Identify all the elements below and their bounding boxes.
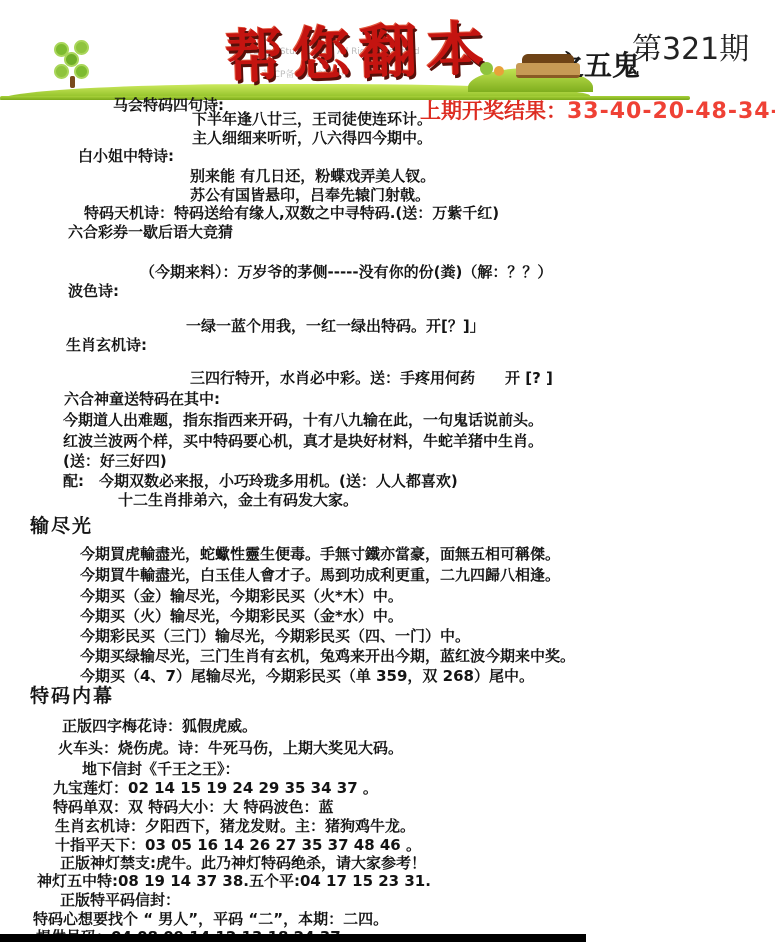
shengxiao-rank-line: 十二生肖排弟六，金土有码发大家。 xyxy=(118,492,358,509)
shujinguang-line: 今期買牛輸盡光，白玉佳人會才子。馬到功成利更重，二九四歸八相逢。 xyxy=(80,567,560,584)
shengxiao-poem-line: 三四行特开，水肖必中彩。送：手疼用何药 开 [? ] xyxy=(190,370,553,387)
jiubaoliandeng-line: 九宝莲灯：02 14 15 19 24 29 35 34 37 。 xyxy=(53,780,378,797)
page-title-calligraphy: 帮您翻本 xyxy=(224,1,495,94)
shujinguang-line: 今期买绿输尽光，三门生肖有玄机，兔鸡来开出今期，蓝红波今期来中奖。 xyxy=(80,648,575,665)
last-draw-result: 上期开奖结果：33-40-20-48-34-07+28 xyxy=(420,95,775,125)
meihua-poem-line: 正版四字梅花诗：狐假虎威。 xyxy=(62,718,257,735)
shengxiao-poem-title: 生肖玄机诗: xyxy=(66,337,147,354)
tepingma-xinfeng-title: 正版特平码信封： xyxy=(60,892,180,909)
bush-icon xyxy=(494,66,504,76)
shujinguang-line: 今期買虎輸盡光，蛇蠍性靈生便毒。手無寸鐵亦當豪，面無五相可稱傑。 xyxy=(80,546,560,563)
bush-icon xyxy=(480,62,493,75)
shujinguang-line: 今期买（金）输尽光，今期彩民买（火*木）中。 xyxy=(80,588,403,605)
issue-number: 第321期 xyxy=(632,24,749,68)
xuanji-poem-line: 生肖玄机诗：夕阳西下，猪龙发财。主：猪狗鸡牛龙。 xyxy=(55,818,415,835)
tree-icon xyxy=(52,40,100,88)
poem-line: 别来能 有几日还，粉蝶戏弄美人钗。 xyxy=(190,168,435,185)
texinxiang-line: 特码心想要找个 “ 男人”，平码 “二”，本期：二四。 xyxy=(33,911,388,928)
shujinguang-line: 今期彩民买（三门）输尽光，今期彩民买（四、一门）中。 xyxy=(80,628,470,645)
house-icon xyxy=(508,54,586,80)
shentong-line: 今期道人出难题，指东指西来开码，十有八九输在此，一句鬼话说前头。 xyxy=(63,412,543,429)
section-heading-shujinguang: 输尽光 xyxy=(30,518,93,535)
shujinguang-line: 今期买（火）输尽光，今期彩民买（金*水）中。 xyxy=(80,608,403,625)
baixiaojie-poem-title: 白小姐中特诗: xyxy=(78,148,174,165)
shentong-song-line: (送：好三好四) xyxy=(63,453,167,470)
shentong-title: 六合神童送特码在其中: xyxy=(64,391,220,408)
shujinguang-line: 今期买（4、7）尾输尽光，今期彩民买（单 359，双 268）尾中。 xyxy=(80,668,534,685)
huochetou-line: 火车头：烧伤虎。诗：牛死马伤，上期大奖见大码。 xyxy=(58,740,403,757)
bose-poem-line: 一绿一蓝个用我，一红一绿出特码。开[？]」 xyxy=(186,318,485,335)
last-draw-result-numbers: 33-40-20-48-34-07+28 xyxy=(567,99,775,124)
poem-line: 苏公有国皆悬印，吕奉先辕门射戟。 xyxy=(190,187,430,204)
dixia-xinfeng-line: 地下信封《千王之王》： xyxy=(82,761,240,778)
tianji-poem-line: 特码天机诗：特码送给有缘人,双数之中寻特码.(送：万紫千红) xyxy=(84,205,499,222)
bottom-black-bar xyxy=(0,934,586,942)
bose-poem-title: 波色诗: xyxy=(68,283,119,300)
danshuang-line: 特码单双：双 特码大小：大 特码波色：蓝 xyxy=(53,799,333,816)
shendeng-wuzhongte-line: 神灯五中特:08 19 14 37 38.五个平:04 17 15 23 31. xyxy=(37,873,431,890)
xiehouyu-line: （今期来料）：万岁爷的茅侧-----没有你的份(粪)（解：？？） xyxy=(140,264,552,281)
shizhi-line: 十指平天下：03 05 16 14 26 27 35 37 48 46 。 xyxy=(55,837,421,854)
shendeng-jinzhi-line: 正版神灯禁支:虎牛。此乃神灯特码绝杀，请大家参考！ xyxy=(60,855,426,872)
last-draw-result-label: 上期开奖结果： xyxy=(420,99,567,123)
poem-line: 下半年逢八廿三，王司徒使连环计。 xyxy=(192,111,432,128)
xiehouyu-title: 六合彩券一歇后语大竞猜 xyxy=(68,224,233,241)
shentong-line: 红波兰波两个样，买中特码要心机，真才是块好材料，牛蛇羊猪中生肖。 xyxy=(63,433,543,450)
pei-line: 配: 今期双数必来报，小巧玲珑多用机。(送：人人都喜欢) xyxy=(63,473,458,490)
section-heading-neimu: 特码内幕 xyxy=(30,688,114,705)
poem-line: 主人细细来听听，八六得四今期中。 xyxy=(192,130,432,147)
